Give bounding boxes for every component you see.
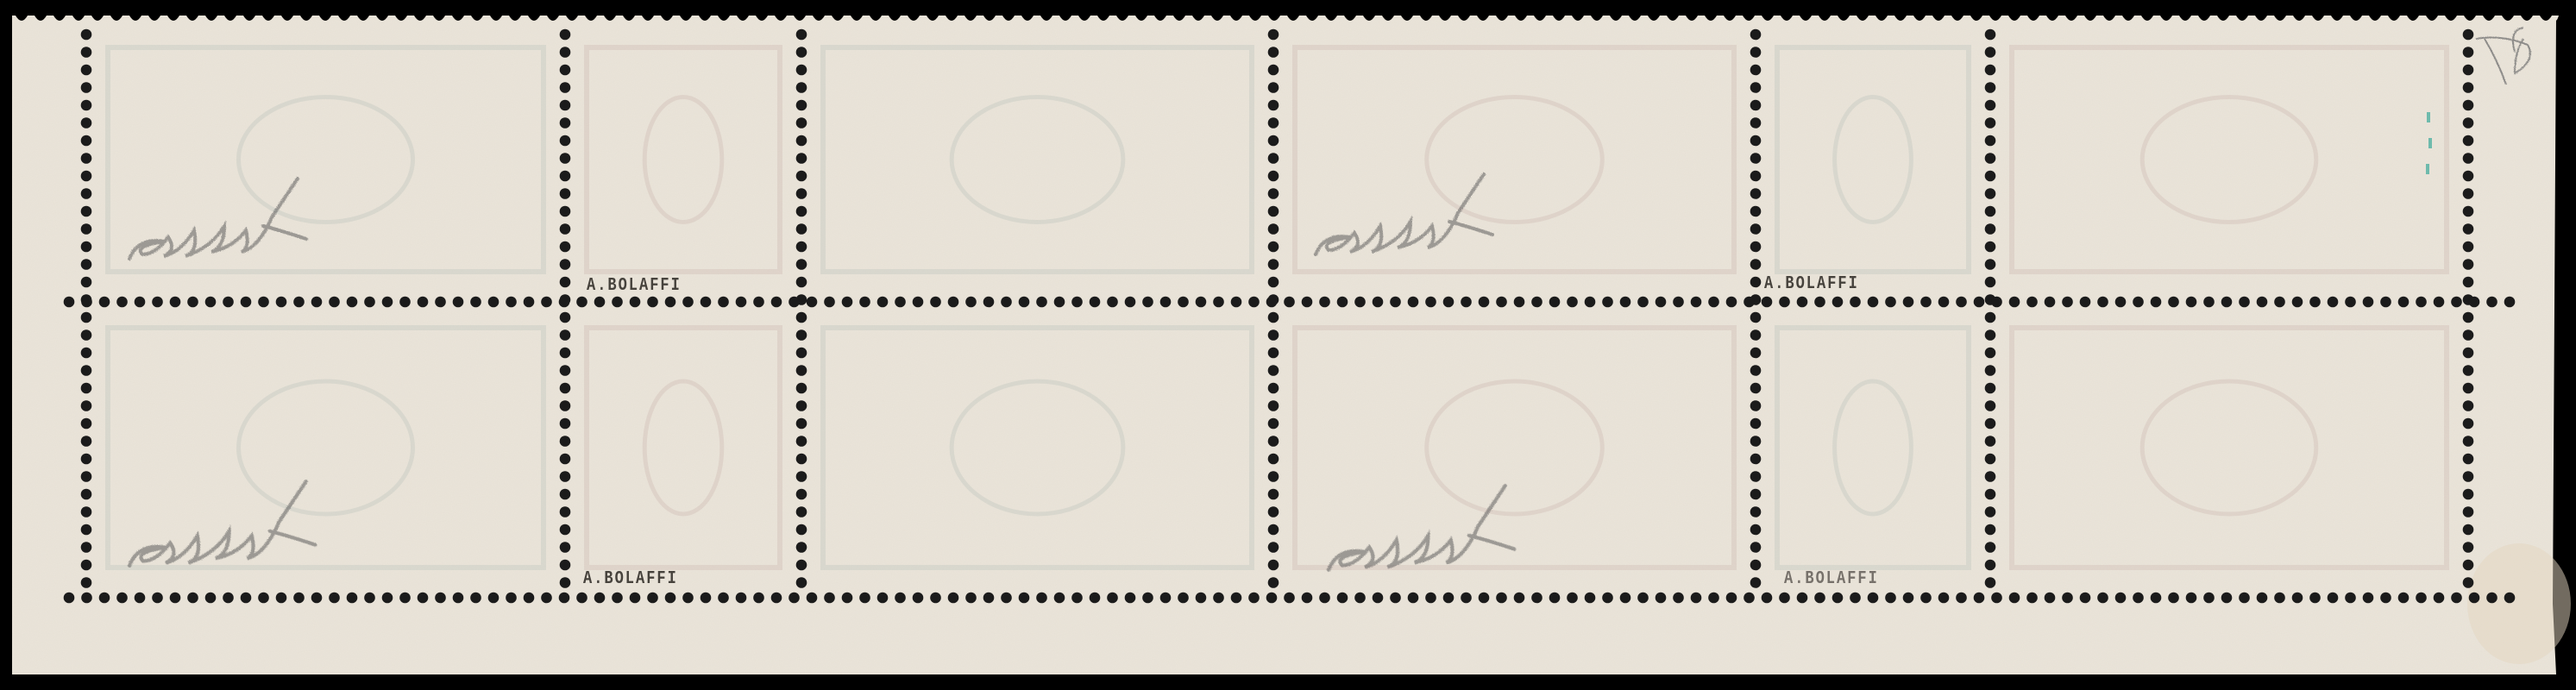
bolaffi-mark-r1-s2: A.BOLAFFI xyxy=(587,276,682,297)
stamp-block-back: A.BOLAFFI A.BOLAFFI A.BOLAFFI A.BOLAFFI xyxy=(0,0,2576,690)
bolaffi-mark-r2-s2: A.BOLAFFI xyxy=(583,569,678,590)
bolaffi-mark-r2-s5: A.BOLAFFI xyxy=(1784,569,1879,590)
bolaffi-mark-r1-s5: A.BOLAFFI xyxy=(1764,274,1859,295)
paper-sheet xyxy=(0,0,2576,690)
